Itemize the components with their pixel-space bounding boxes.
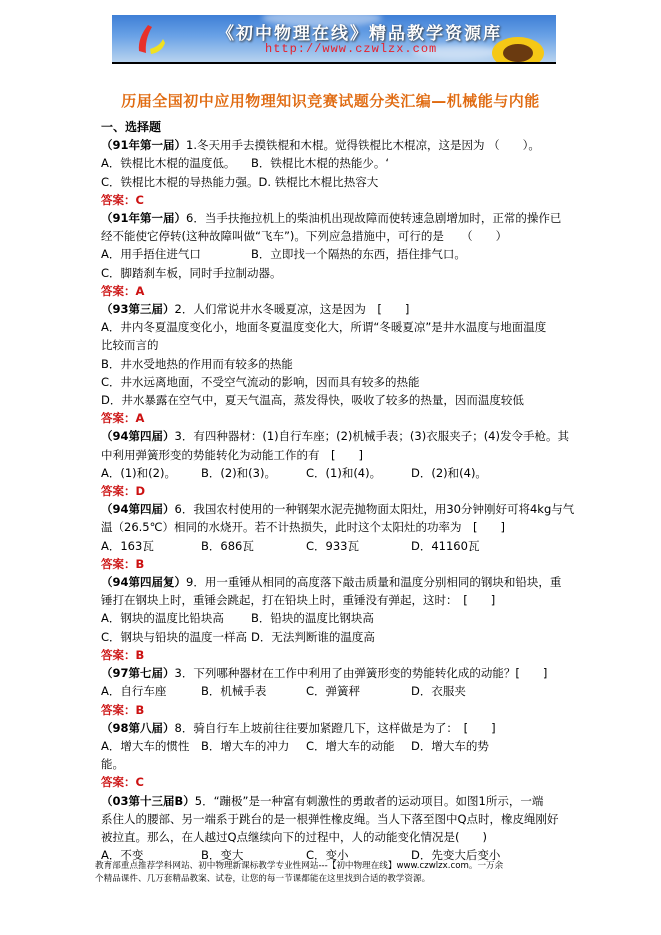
options-row: A．井内冬夏温度变化小，地面冬夏温度变化大，所谓“冬暖夏凉”是井水温度与地面温度 xyxy=(101,318,561,336)
question-stem: （94第四届复）9．用一重锤从相同的高度落下敲击质量和温度分别相同的钢块和铅块，… xyxy=(101,573,561,591)
answer-option: 比较而言的 xyxy=(101,336,159,354)
question-list: （91年第一届）1.冬天用手去摸铁棍和木棍。觉得铁棍比木棍凉，这是因为 （ ）。… xyxy=(101,136,561,864)
options-row: C．井水远离地面，不受空气流动的影响，因而具有较多的热能 xyxy=(101,373,561,391)
answer-key: 答案：B xyxy=(101,701,561,719)
answer-option: C．(1)和(4)。 xyxy=(306,464,411,482)
question-source-tag: （93第三届） xyxy=(101,302,175,316)
document-body: 一、选择题 （91年第一届）1.冬天用手去摸铁棍和木棍。觉得铁棍比木棍凉，这是因… xyxy=(101,118,561,864)
question-item: （91年第一届）1.冬天用手去摸铁棍和木棍。觉得铁棍比木棍凉，这是因为 （ ）。… xyxy=(101,136,561,209)
answer-option: B．机械手表 xyxy=(201,682,306,700)
options-row: A．钢块的温度比铅块高B．铅块的温度比钢块高 xyxy=(101,609,561,627)
options-row: 比较而言的 xyxy=(101,336,561,354)
answer-option: D．衣服夹 xyxy=(411,682,466,700)
question-item: （03第十三届B）5．“蹦极”是一种富有刺激性的勇敢者的运动项目。如图1所示，一… xyxy=(101,792,561,865)
answer-option: C．弹簧秤 xyxy=(306,682,411,700)
question-source-tag: （94第四届） xyxy=(101,429,175,443)
answer-option: A．自行车座 xyxy=(101,682,201,700)
question-text: 锤打在钢块上时，重锤会跳起，打在铅块上时，重锤没有弹起，这时： [ ] xyxy=(101,593,495,607)
question-stem: （91年第一届）6．当手扶拖拉机上的柴油机出现故障而使转速急剧增加时，正常的操作… xyxy=(101,209,561,227)
question-stem: （03第十三届B）5．“蹦极”是一种富有刺激性的勇敢者的运动项目。如图1所示，一… xyxy=(101,792,561,810)
question-text: 8．骑自行车上坡前往往要加紧蹬几下，这样做是为了： [ ] xyxy=(175,721,496,735)
question-text: 3．有四种器材：(1)自行车座；(2)机械手表；(3)衣服夹子；(4)发令手枪。… xyxy=(175,429,569,443)
question-source-tag: （94第四届复） xyxy=(101,575,186,589)
answer-key: 答案：A xyxy=(101,409,561,427)
question-item: （98第八届）8．骑自行车上坡前往往要加紧蹬几下，这样做是为了： [ ]A．增大… xyxy=(101,719,561,792)
question-stem: （97第七届）3．下列哪种器材在工作中利用了由弹簧形变的势能转化成的动能？[ ] xyxy=(101,664,561,682)
answer-option: C．钢块与铅块的温度一样高 xyxy=(101,628,251,646)
options-row: C．铁棍比木棍的导热能力强。D. 铁棍比木棍比热容大 xyxy=(101,173,561,191)
question-text: 中利用弹簧形变的势能转化为动能工作的有 [ ] xyxy=(101,448,363,462)
answer-key: 答案：B xyxy=(101,646,561,664)
options-row: B．井水受地热的作用而有较多的热能 xyxy=(101,355,561,373)
question-stem: （91年第一届）1.冬天用手去摸铁棍和木棍。觉得铁棍比木棍凉，这是因为 （ ）。 xyxy=(101,136,561,154)
sunflower-icon xyxy=(488,33,544,62)
options-row: A．(1)和(2)。B．(2)和(3)。C．(1)和(4)。D．(2)和(4)。 xyxy=(101,464,561,482)
section-heading: 一、选择题 xyxy=(101,118,561,136)
question-text: 系住人的腰部、另一端系于跳台的是一根弹性橡皮绳。当人下落至图中Q点时，橡皮绳刚好 xyxy=(101,812,559,826)
question-stem: （94第四届）3．有四种器材：(1)自行车座；(2)机械手表；(3)衣服夹子；(… xyxy=(101,427,561,445)
answer-key: 答案：C xyxy=(101,773,561,791)
question-text: 6．我国农村使用的一种钢架水泥壳抛物面太阳灶，用30分钟刚好可将4kg与气 xyxy=(175,502,575,516)
question-source-tag: （97第七届） xyxy=(101,666,175,680)
answer-option: B．(2)和(3)。 xyxy=(201,464,306,482)
footer-line-2: 个精品课件、几万套精品教案、试卷，让您的每一节课都能在这里找到合适的教学资源。 xyxy=(95,873,575,886)
question-item: （94第四届）6．我国农村使用的一种钢架水泥壳抛物面太阳灶，用30分钟刚好可将4… xyxy=(101,500,561,573)
answer-option: C．933瓦 xyxy=(306,537,411,555)
question-stem-continued: 中利用弹簧形变的势能转化为动能工作的有 [ ] xyxy=(101,446,561,464)
question-stem-continued: 被拉直。那么，在人越过Q点继续向下的过程中，人的动能变化情况是( ) xyxy=(101,828,561,846)
question-text: 3．下列哪种器材在工作中利用了由弹簧形变的势能转化成的动能？[ ] xyxy=(175,666,548,680)
answer-option: B．铁棍比木棍的热能少。‘ xyxy=(251,154,389,172)
answer-option: C．增大车的动能 xyxy=(306,737,411,755)
question-text: 1.冬天用手去摸铁棍和木棍。觉得铁棍比木棍凉，这是因为 （ ）。 xyxy=(186,138,540,152)
answer-option: A．增大车的惯性 xyxy=(101,737,201,755)
answer-key: 答案：B xyxy=(101,555,561,573)
site-logo-icon xyxy=(134,23,174,57)
question-item: （93第三届）2．人们常说井水冬暖夏凉，这是因为 [ ]A．井内冬夏温度变化小，… xyxy=(101,300,561,427)
question-source-tag: （91年第一届） xyxy=(101,138,186,152)
answer-option: C．井水远离地面，不受空气流动的影响，因而具有较多的热能 xyxy=(101,373,420,391)
question-text: 5．“蹦极”是一种富有刺激性的勇敢者的运动项目。如图1所示，一端 xyxy=(195,794,544,808)
options-row: 能。 xyxy=(101,755,561,773)
options-row: C．脚踏刹车板，同时手拉制动器。 xyxy=(101,264,561,282)
question-stem: （94第四届）6．我国农村使用的一种钢架水泥壳抛物面太阳灶，用30分钟刚好可将4… xyxy=(101,500,561,518)
answer-option: 能。 xyxy=(101,755,124,773)
question-text: 被拉直。那么，在人越过Q点继续向下的过程中，人的动能变化情况是( ) xyxy=(101,830,487,844)
question-stem-continued: 系住人的腰部、另一端系于跳台的是一根弹性橡皮绳。当人下落至图中Q点时，橡皮绳刚好 xyxy=(101,810,561,828)
answer-option: D．井水暴露在空气中，夏天气温高，蒸发得快，吸收了较多的热量，因而温度较低 xyxy=(101,391,524,409)
question-stem-continued: 温（26.5℃）相同的水烧开。若不计热损失，此时这个太阳灶的功率为 [ ] xyxy=(101,518,561,536)
answer-option: A．井内冬夏温度变化小，地面冬夏温度变化大，所谓“冬暖夏凉”是井水温度与地面温度 xyxy=(101,318,546,336)
question-source-tag: （03第十三届B） xyxy=(101,794,195,808)
options-row: A．163瓦B．686瓦C．933瓦D．41160瓦 xyxy=(101,537,561,555)
question-item: （94第四届复）9．用一重锤从相同的高度落下敲击质量和温度分别相同的钢块和铅块，… xyxy=(101,573,561,664)
answer-option: D．(2)和(4)。 xyxy=(411,464,487,482)
question-text: 温（26.5℃）相同的水烧开。若不计热损失，此时这个太阳灶的功率为 [ ] xyxy=(101,520,505,534)
answer-option: D．无法判断谁的温度高 xyxy=(251,628,375,646)
answer-option: D．增大车的势 xyxy=(411,737,489,755)
document-title: 历届全国初中应用物理知识竞赛试题分类汇编—机械能与内能 xyxy=(0,90,661,111)
options-row: A．增大车的惯性B．增大车的冲力C．增大车的动能D．增大车的势 xyxy=(101,737,561,755)
question-source-tag: （91年第一届） xyxy=(101,211,186,225)
answer-option: C．铁棍比木棍的导热能力强。D. 铁棍比木棍比热容大 xyxy=(101,173,378,191)
answer-option: A．163瓦 xyxy=(101,537,201,555)
banner-divider xyxy=(112,62,556,64)
question-text: 9．用一重锤从相同的高度落下敲击质量和温度分别相同的钢块和铅块，重 xyxy=(186,575,561,589)
options-row: A．自行车座B．机械手表C．弹簧秤D．衣服夹 xyxy=(101,682,561,700)
options-row: A．铁棍比木棍的温度低。B．铁棍比木棍的热能少。‘ xyxy=(101,154,561,172)
question-stem: （93第三届）2．人们常说井水冬暖夏凉，这是因为 [ ] xyxy=(101,300,561,318)
footer: 教育部重点推荐学科网站、初中物理新课标教学专业性网站---【初中物理在线】www… xyxy=(95,860,575,886)
options-row: D．井水暴露在空气中，夏天气温高，蒸发得快，吸收了较多的热量，因而温度较低 xyxy=(101,391,561,409)
banner-url-link[interactable]: http://www.czwlzx.com xyxy=(265,42,437,56)
answer-option: B．铅块的温度比钢块高 xyxy=(251,609,374,627)
answer-option: B．立即找一个隔热的东西，捂住排气口。 xyxy=(251,245,466,263)
question-text: 经不能使它停转(这种故障叫做“飞车”)。下列应急措施中，可行的是 （ ） xyxy=(101,229,507,243)
question-text: 6．当手扶拖拉机上的柴油机出现故障而使转速急剧增加时，正常的操作已 xyxy=(186,211,561,225)
answer-key: 答案：C xyxy=(101,191,561,209)
answer-option: A．用手捂住进气口 xyxy=(101,245,251,263)
answer-option: B．686瓦 xyxy=(201,537,306,555)
question-stem-continued: 经不能使它停转(这种故障叫做“飞车”)。下列应急措施中，可行的是 （ ） xyxy=(101,227,561,245)
answer-option: A．(1)和(2)。 xyxy=(101,464,201,482)
answer-option: B．井水受地热的作用而有较多的热能 xyxy=(101,355,293,373)
answer-option: A．钢块的温度比铅块高 xyxy=(101,609,251,627)
answer-option: B．增大车的冲力 xyxy=(201,737,306,755)
options-row: C．钢块与铅块的温度一样高D．无法判断谁的温度高 xyxy=(101,628,561,646)
question-source-tag: （98第八届） xyxy=(101,721,175,735)
answer-key: 答案：D xyxy=(101,482,561,500)
question-source-tag: （94第四届） xyxy=(101,502,175,516)
site-banner: 《初中物理在线》精品教学资源库 http://www.czwlzx.com xyxy=(112,15,556,62)
options-row: A．用手捂住进气口B．立即找一个隔热的东西，捂住排气口。 xyxy=(101,245,561,263)
answer-option: D．41160瓦 xyxy=(411,537,479,555)
question-stem-continued: 锤打在钢块上时，重锤会跳起，打在铅块上时，重锤没有弹起，这时： [ ] xyxy=(101,591,561,609)
question-item: （91年第一届）6．当手扶拖拉机上的柴油机出现故障而使转速急剧增加时，正常的操作… xyxy=(101,209,561,300)
question-item: （94第四届）3．有四种器材：(1)自行车座；(2)机械手表；(3)衣服夹子；(… xyxy=(101,427,561,500)
banner-title: 《初中物理在线》精品教学资源库 xyxy=(217,19,502,44)
answer-option: A．铁棍比木棍的温度低。 xyxy=(101,154,251,172)
answer-option: C．脚踏刹车板，同时手拉制动器。 xyxy=(101,264,282,282)
answer-key: 答案：A xyxy=(101,282,561,300)
question-item: （97第七届）3．下列哪种器材在工作中利用了由弹簧形变的势能转化成的动能？[ ]… xyxy=(101,664,561,719)
question-stem: （98第八届）8．骑自行车上坡前往往要加紧蹬几下，这样做是为了： [ ] xyxy=(101,719,561,737)
footer-line-1: 教育部重点推荐学科网站、初中物理新课标教学专业性网站---【初中物理在线】www… xyxy=(95,860,575,873)
question-text: 2．人们常说井水冬暖夏凉，这是因为 [ ] xyxy=(175,302,410,316)
